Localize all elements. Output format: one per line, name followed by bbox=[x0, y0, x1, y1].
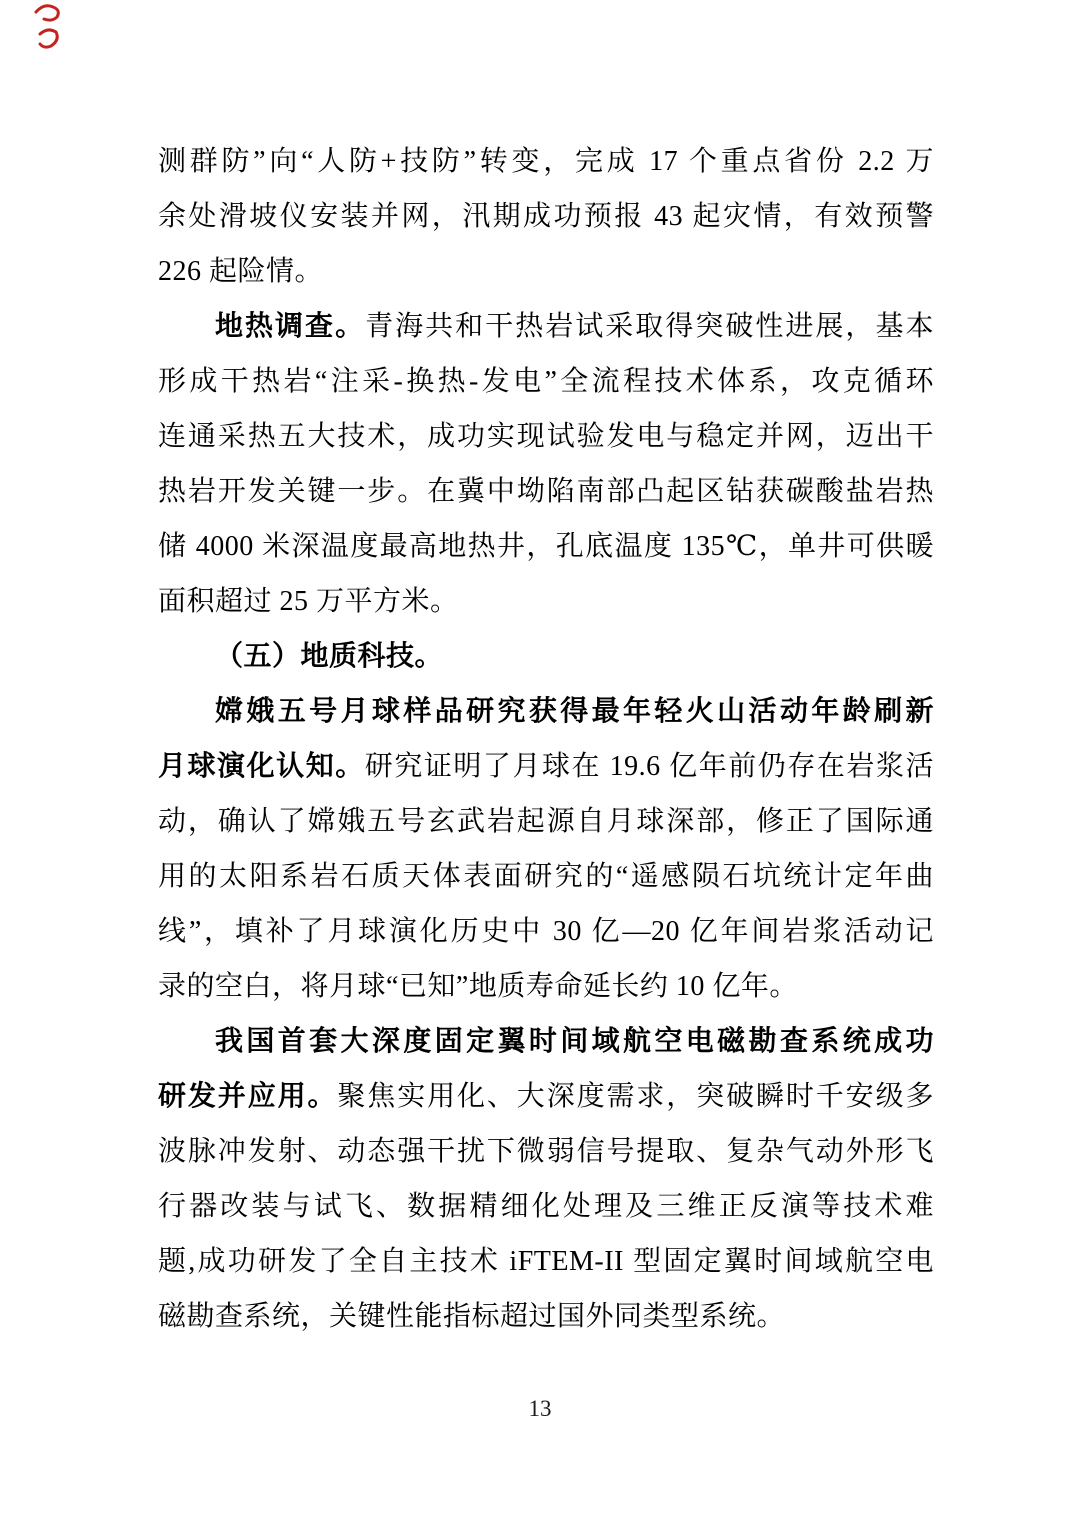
text-line: 月球演化认知。研究证明了月球在 19.6 亿年前仍存在岩浆活 bbox=[158, 739, 934, 794]
regular-text-segment: 用的太阳系岩石质天体表面研究的“遥感陨石坑统计定年曲 bbox=[158, 861, 934, 892]
regular-text-segment: 面积超过 25 万平方米。 bbox=[158, 586, 459, 617]
regular-text-segment: 连通采热五大技术，成功实现试验发电与稳定并网，迈出干 bbox=[158, 421, 934, 452]
text-line: 连通采热五大技术，成功实现试验发电与稳定并网，迈出干 bbox=[158, 409, 934, 464]
text-line: 形成干热岩“注采-换热-发电”全流程技术体系，攻克循环 bbox=[158, 354, 934, 409]
text-line: 嫦娥五号月球样品研究获得最年轻火山活动年龄刷新 bbox=[158, 684, 934, 739]
text-line: 行器改装与试飞、数据精细化处理及三维正反演等技术难 bbox=[158, 1179, 934, 1234]
text-line: 226 起险情。 bbox=[158, 244, 934, 299]
text-line: 题,成功研发了全自主技术 iFTEM-II 型固定翼时间域航空电 bbox=[158, 1234, 934, 1289]
regular-text-segment: 测群防”向“人防+技防”转变，完成 17 个重点省份 2.2 万 bbox=[158, 146, 934, 177]
regular-text-segment: 青海共和干热岩试采取得突破性进展，基本 bbox=[365, 311, 934, 342]
text-line: 波脉冲发射、动态强干扰下微弱信号提取、复杂气动外形飞 bbox=[158, 1124, 934, 1179]
regular-text-segment: 研究证明了月球在 19.6 亿年前仍存在岩浆活 bbox=[365, 751, 934, 782]
regular-text-segment: 形成干热岩“注采-换热-发电”全流程技术体系，攻克循环 bbox=[158, 366, 934, 397]
text-line: 储 4000 米深温度最高地热井，孔底温度 135℃，单井可供暖 bbox=[158, 519, 934, 574]
page-number: 13 bbox=[0, 1392, 1080, 1426]
regular-text-segment: 储 4000 米深温度最高地热井，孔底温度 135℃，单井可供暖 bbox=[158, 531, 934, 562]
text-line: 面积超过 25 万平方米。 bbox=[158, 574, 934, 629]
regular-text-segment: 聚焦实用化、大深度需求，突破瞬时千安级多 bbox=[337, 1081, 934, 1112]
regular-text-segment: 录的空白，将月球“已知”地质寿命延长约 10 亿年。 bbox=[158, 971, 798, 1002]
bold-text-segment: 月球演化认知。 bbox=[158, 751, 365, 782]
text-line: 研发并应用。聚焦实用化、大深度需求，突破瞬时千安级多 bbox=[158, 1069, 934, 1124]
regular-text-segment: 行器改装与试飞、数据精细化处理及三维正反演等技术难 bbox=[158, 1191, 934, 1222]
regular-text-segment: 热岩开发关键一步。在冀中坳陷南部凸起区钻获碳酸盐岩热 bbox=[158, 476, 934, 507]
red-mark-stroke-top bbox=[36, 6, 58, 20]
regular-text-segment: 波脉冲发射、动态强干扰下微弱信号提取、复杂气动外形飞 bbox=[158, 1136, 934, 1167]
red-pen-annotation-icon bbox=[30, 0, 70, 56]
page-body-text: 测群防”向“人防+技防”转变，完成 17 个重点省份 2.2 万 余处滑坡仪安装… bbox=[158, 134, 934, 1344]
red-mark-stroke-bottom bbox=[40, 30, 57, 47]
regular-text-segment: 题,成功研发了全自主技术 iFTEM-II 型固定翼时间域航空电 bbox=[158, 1246, 934, 1277]
bold-text-segment: 研发并应用。 bbox=[158, 1081, 337, 1112]
text-line: 录的空白，将月球“已知”地质寿命延长约 10 亿年。 bbox=[158, 959, 934, 1014]
text-line: 我国首套大深度固定翼时间域航空电磁勘查系统成功 bbox=[158, 1014, 934, 1069]
document-page: 测群防”向“人防+技防”转变，完成 17 个重点省份 2.2 万 余处滑坡仪安装… bbox=[0, 0, 1080, 1527]
regular-text-segment: 磁勘查系统，关键性能指标超过国外同类型系统。 bbox=[158, 1301, 785, 1332]
text-line: 磁勘查系统，关键性能指标超过国外同类型系统。 bbox=[158, 1289, 934, 1344]
text-line: （五）地质科技。 bbox=[158, 629, 934, 684]
bold-text-segment: 嫦娥五号月球样品研究获得最年轻火山活动年龄刷新 bbox=[215, 696, 934, 727]
text-line: 余处滑坡仪安装并网，汛期成功预报 43 起灾情，有效预警 bbox=[158, 189, 934, 244]
text-line: 用的太阳系岩石质天体表面研究的“遥感陨石坑统计定年曲 bbox=[158, 849, 934, 904]
text-line: 动，确认了嫦娥五号玄武岩起源自月球深部，修正了国际通 bbox=[158, 794, 934, 849]
text-line: 地热调查。青海共和干热岩试采取得突破性进展，基本 bbox=[158, 299, 934, 354]
regular-text-segment: 线”，填补了月球演化历史中 30 亿—20 亿年间岩浆活动记 bbox=[158, 916, 934, 947]
bold-text-segment: 我国首套大深度固定翼时间域航空电磁勘查系统成功 bbox=[215, 1026, 934, 1057]
text-line: 热岩开发关键一步。在冀中坳陷南部凸起区钻获碳酸盐岩热 bbox=[158, 464, 934, 519]
bold-text-segment: 地热调查。 bbox=[215, 311, 365, 342]
regular-text-segment: 226 起险情。 bbox=[158, 256, 323, 287]
regular-text-segment: 动，确认了嫦娥五号玄武岩起源自月球深部，修正了国际通 bbox=[158, 806, 934, 837]
text-line: 测群防”向“人防+技防”转变，完成 17 个重点省份 2.2 万 bbox=[158, 134, 934, 189]
regular-text-segment: 余处滑坡仪安装并网，汛期成功预报 43 起灾情，有效预警 bbox=[158, 201, 934, 232]
bold-text-segment: （五）地质科技。 bbox=[215, 641, 443, 672]
text-line: 线”，填补了月球演化历史中 30 亿—20 亿年间岩浆活动记 bbox=[158, 904, 934, 959]
